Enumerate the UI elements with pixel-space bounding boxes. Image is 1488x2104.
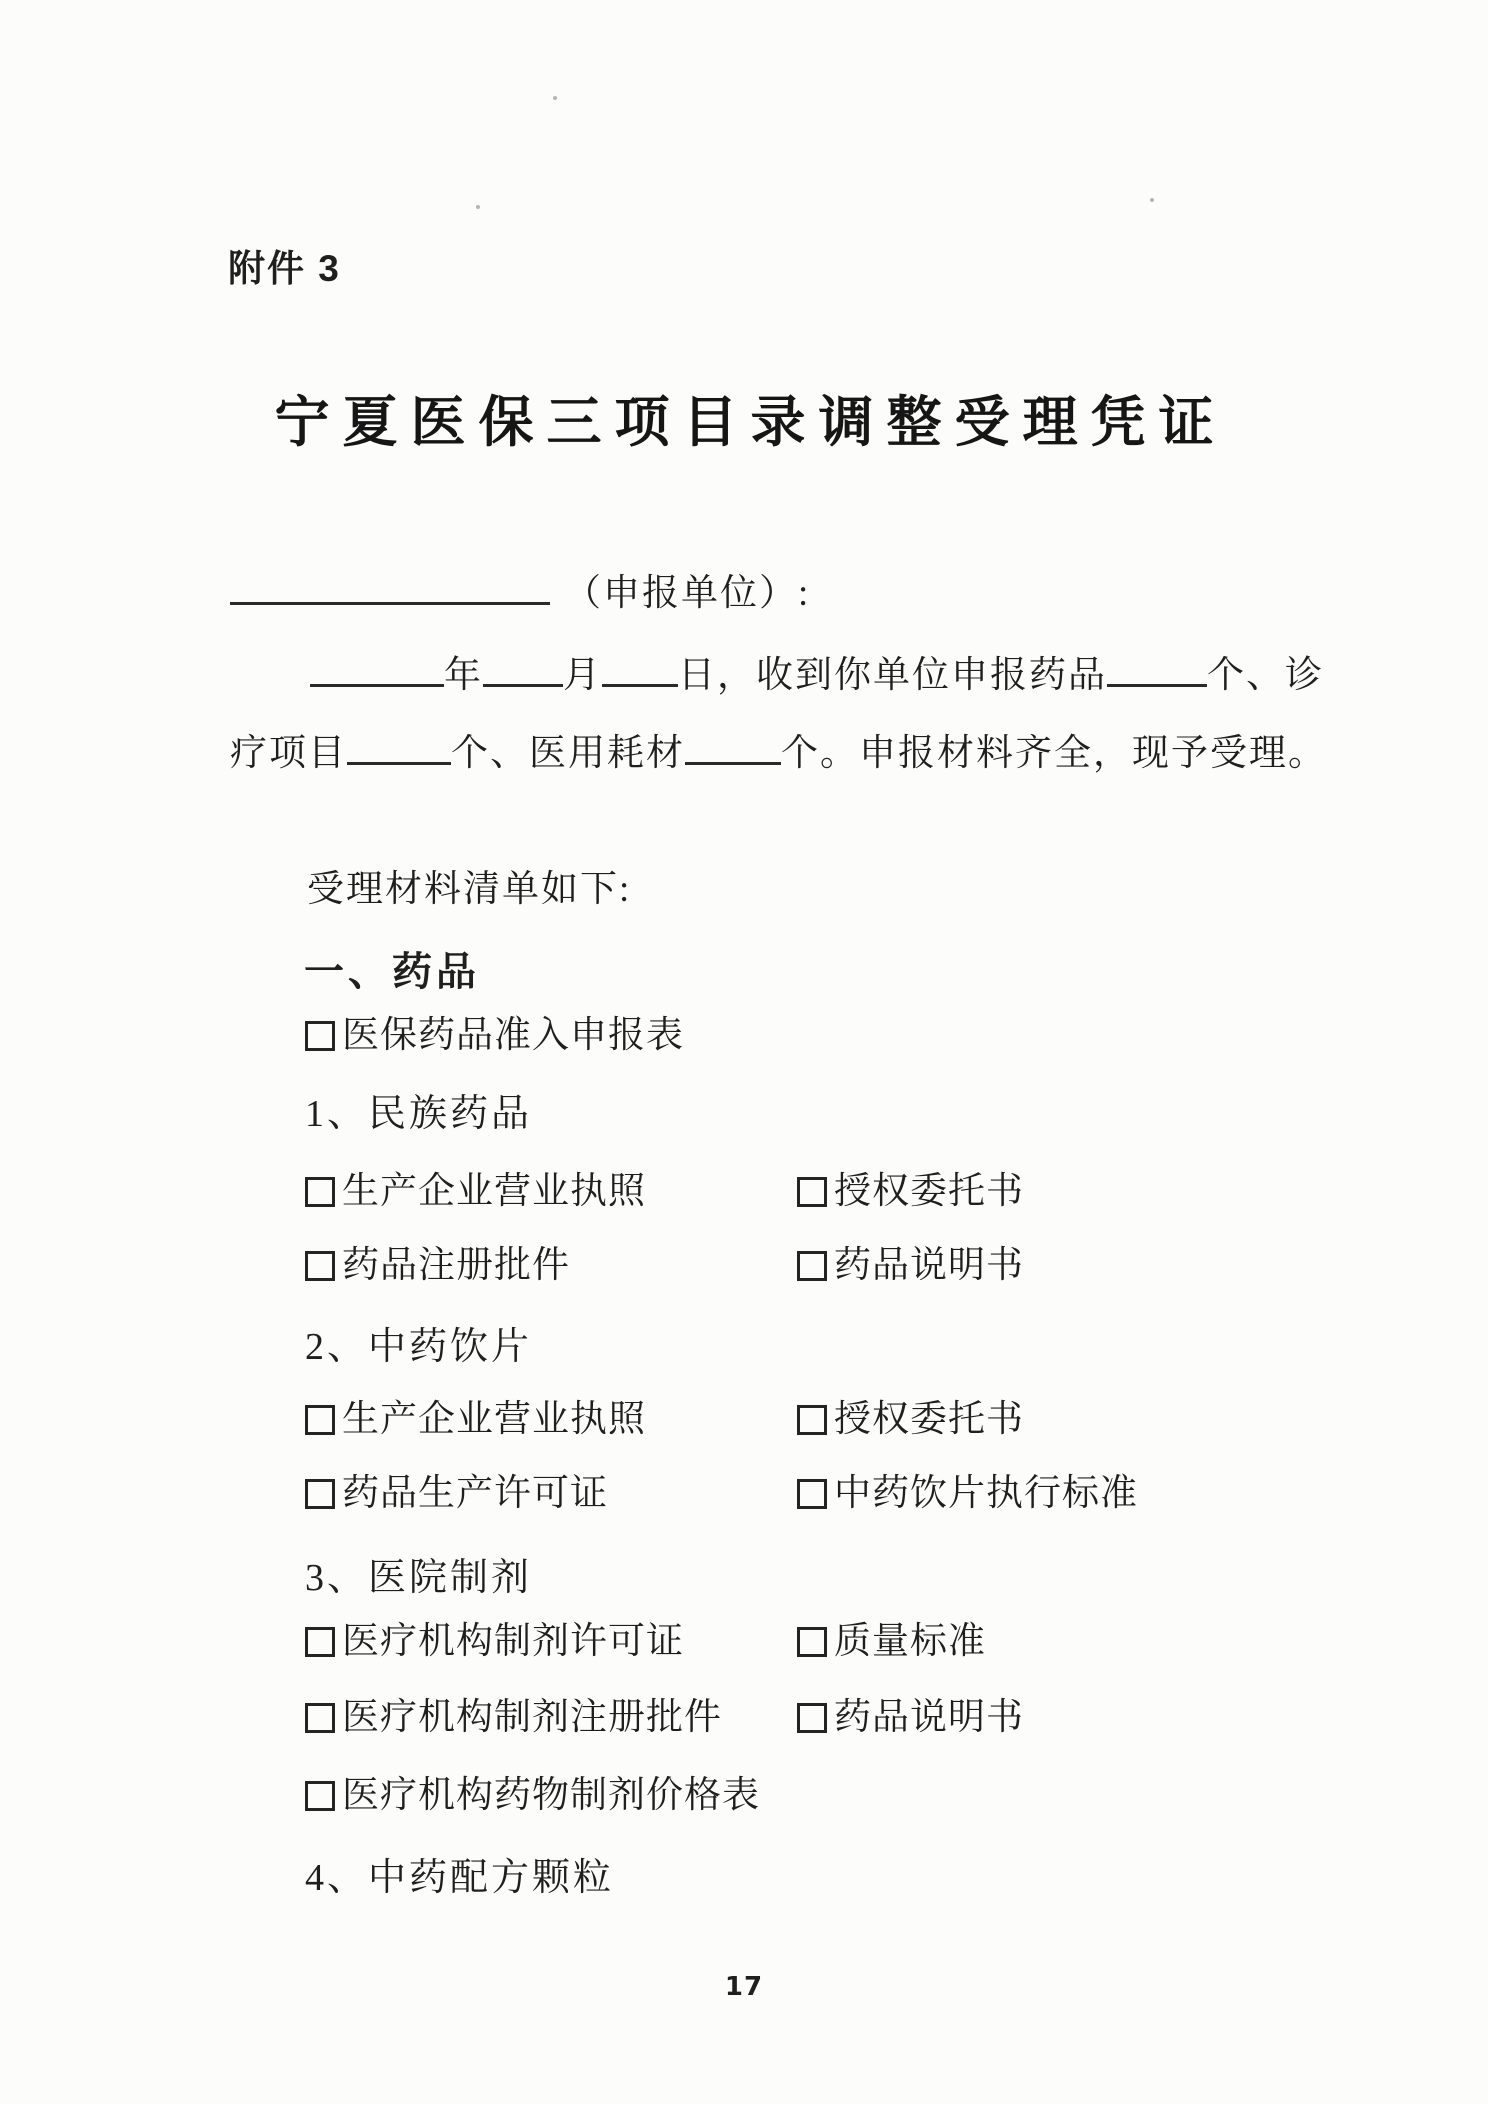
checklist-item: 药品注册批件 (305, 1242, 570, 1290)
consumable-prefix: 个、医用耗材 (451, 733, 685, 774)
checklist-item-label: 医疗机构制剂注册批件 (342, 1694, 722, 1742)
checklist-row: 药品生产许可证 中药饮片执行标准 (305, 1470, 1138, 1518)
year-blank (310, 654, 444, 687)
checklist-item-label: 生产企业营业执照 (342, 1396, 646, 1444)
month-label: 月 (563, 655, 602, 696)
checklist-row: 医保药品准入申报表 (305, 1012, 684, 1060)
checklist-item: 医疗机构制剂许可证 (305, 1618, 684, 1666)
group-heading: 3、医院制剂 (305, 1546, 532, 1601)
date-line-wrap: 疗项目个、医用耗材个。申报材料齐全，现予受理。 (230, 730, 1327, 778)
day-sentence: 日，收到你单位申报药品 (678, 655, 1107, 696)
checklist-item: 授权委托书 (797, 1168, 1024, 1216)
checklist-section-title: 一、药品 (304, 940, 480, 997)
checkbox-icon (305, 1405, 335, 1435)
checklist-row: 生产企业营业执照 授权委托书 (305, 1396, 1024, 1444)
drug-count-suffix: 个、诊 (1207, 655, 1324, 696)
checkbox-icon (305, 1177, 335, 1207)
day-blank (602, 654, 678, 687)
checklist-item-label: 授权委托书 (834, 1168, 1024, 1216)
checklist-item: 药品说明书 (797, 1694, 1024, 1742)
checklist-item: 生产企业营业执照 (305, 1168, 646, 1216)
checklist-intro: 受理材料清单如下: (307, 866, 631, 914)
checkbox-icon (797, 1251, 827, 1281)
checklist-item-label: 药品注册批件 (342, 1242, 570, 1290)
checklist-item: 授权委托书 (797, 1396, 1024, 1444)
checklist-item: 药品说明书 (797, 1242, 1024, 1290)
checklist-item-label: 生产企业营业执照 (342, 1168, 646, 1216)
closing-sentence: 个。申报材料齐全，现予受理。 (781, 733, 1327, 774)
drug-count-blank (1107, 654, 1207, 687)
checklist-row: 医疗机构制剂注册批件 药品说明书 (305, 1694, 1024, 1742)
checkbox-icon (797, 1703, 827, 1733)
scanned-document-page: 附件 3 宁夏医保三项目录调整受理凭证 （申报单位）: 年月日，收到你单位申报药… (0, 0, 1488, 2104)
checklist-row: 生产企业营业执照 授权委托书 (305, 1168, 1024, 1216)
group-heading: 2、中药饮片 (305, 1315, 532, 1370)
checklist-item: 中药饮片执行标准 (797, 1470, 1138, 1518)
checklist-item-label: 中药饮片执行标准 (834, 1470, 1138, 1518)
attachment-label: 附件 3 (228, 238, 341, 292)
checkbox-icon (305, 1021, 335, 1051)
checkbox-icon (305, 1781, 335, 1811)
checklist-row: 医疗机构制剂许可证 质量标准 (305, 1618, 986, 1666)
checklist-item: 医保药品准入申报表 (305, 1012, 684, 1060)
checklist-item: 药品生产许可证 (305, 1470, 608, 1518)
checklist-item-label: 药品说明书 (834, 1242, 1024, 1290)
checklist-item: 生产企业营业执照 (305, 1396, 646, 1444)
scan-speck (1150, 198, 1154, 202)
checkbox-icon (305, 1703, 335, 1733)
treatment-prefix: 疗项目 (230, 733, 347, 774)
document-title: 宁夏医保三项目录调整受理凭证 (0, 378, 1488, 457)
checklist-row: 药品注册批件 药品说明书 (305, 1242, 1024, 1290)
checklist-item-label: 药品说明书 (834, 1694, 1024, 1742)
group-heading: 1、民族药品 (305, 1082, 532, 1137)
checklist-item-label: 质量标准 (834, 1618, 986, 1666)
applicant-unit-blank (230, 572, 550, 605)
checkbox-icon (305, 1627, 335, 1657)
page-number: 17 (0, 1972, 1488, 2002)
checkbox-icon (797, 1479, 827, 1509)
group-heading: 4、中药配方颗粒 (305, 1846, 614, 1901)
checklist-row: 医疗机构药物制剂价格表 (305, 1772, 760, 1820)
date-line: 年月日，收到你单位申报药品个、诊 (230, 652, 1324, 700)
checklist-item: 医疗机构药物制剂价格表 (305, 1772, 760, 1820)
checklist-item: 质量标准 (797, 1618, 986, 1666)
checkbox-icon (305, 1251, 335, 1281)
applicant-line: （申报单位）: (230, 570, 810, 618)
month-blank (483, 654, 563, 687)
treatment-count-blank (347, 732, 451, 765)
checklist-item-label: 药品生产许可证 (342, 1470, 608, 1518)
checkbox-icon (305, 1479, 335, 1509)
checklist-item-label: 授权委托书 (834, 1396, 1024, 1444)
checklist-item-label: 医疗机构制剂许可证 (342, 1618, 684, 1666)
consumable-count-blank (685, 732, 781, 765)
checkbox-icon (797, 1177, 827, 1207)
checkbox-icon (797, 1405, 827, 1435)
scan-speck (553, 96, 557, 100)
checkbox-icon (797, 1627, 827, 1657)
applicant-label: （申报单位）: (564, 573, 810, 614)
checklist-item: 医疗机构制剂注册批件 (305, 1694, 722, 1742)
checklist-item-label: 医疗机构药物制剂价格表 (342, 1772, 760, 1820)
scan-speck (476, 205, 480, 209)
checklist-item-label: 医保药品准入申报表 (342, 1012, 684, 1060)
year-label: 年 (444, 655, 483, 696)
